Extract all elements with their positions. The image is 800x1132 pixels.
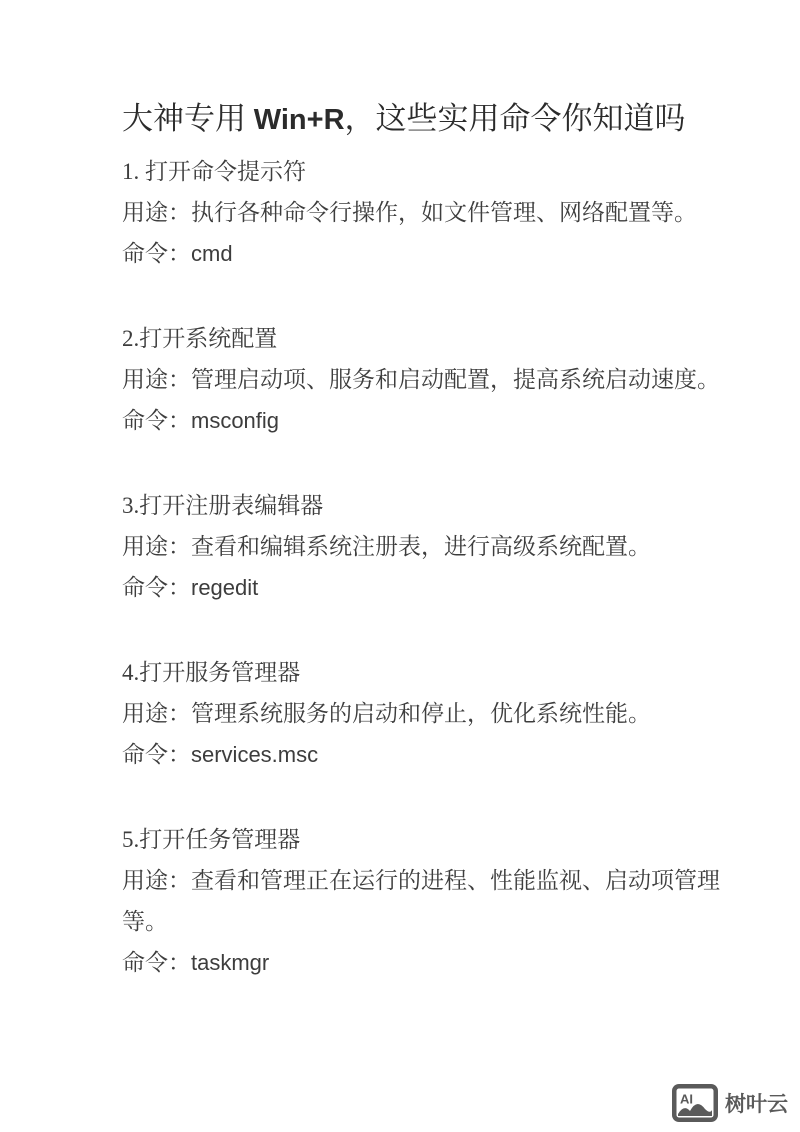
command-value: services.msc	[191, 742, 318, 767]
command-label: 命令：	[122, 408, 191, 433]
command-line: 命令：regedit	[122, 567, 726, 608]
page-title: 大神专用 Win+R，这些实用命令你知道吗	[122, 98, 726, 141]
svg-text:AI: AI	[680, 1092, 693, 1107]
command-value: taskmgr	[191, 950, 269, 975]
purpose-label: 用途：	[122, 534, 191, 559]
purpose-line: 用途：管理启动项、服务和启动配置，提高系统启动速度。	[122, 359, 726, 400]
section-services: 4.打开服务管理器 用途：管理系统服务的启动和停止，优化系统性能。 命令：ser…	[122, 652, 726, 775]
article-content: 大神专用 Win+R，这些实用命令你知道吗 1. 打开命令提示符 用途：执行各种…	[0, 0, 726, 983]
command-value: regedit	[191, 575, 258, 600]
purpose-line: 用途：查看和管理正在运行的进程、性能监视、启动项管理等。	[122, 860, 726, 942]
document-page: 大神专用 Win+R，这些实用命令你知道吗 1. 打开命令提示符 用途：执行各种…	[0, 0, 800, 1132]
command-value: msconfig	[191, 408, 279, 433]
purpose-label: 用途：	[122, 701, 191, 726]
purpose-text: 查看和管理正在运行的进程、性能监视、启动项管理等。	[122, 868, 720, 934]
section-heading: 2.打开系统配置	[122, 318, 726, 359]
command-line: 命令：services.msc	[122, 734, 726, 775]
section-regedit: 3.打开注册表编辑器 用途：查看和编辑系统注册表，进行高级系统配置。 命令：re…	[122, 485, 726, 608]
purpose-text: 管理启动项、服务和启动配置，提高系统启动速度。	[191, 367, 720, 392]
title-suffix: ，这些实用命令你知道吗	[345, 101, 686, 136]
section-taskmgr: 5.打开任务管理器 用途：查看和管理正在运行的进程、性能监视、启动项管理等。 命…	[122, 819, 726, 983]
command-line: 命令：cmd	[122, 233, 726, 274]
section-msconfig: 2.打开系统配置 用途：管理启动项、服务和启动配置，提高系统启动速度。 命令：m…	[122, 318, 726, 441]
ai-image-icon: AI	[672, 1084, 718, 1122]
title-prefix: 大神专用	[122, 101, 254, 136]
command-label: 命令：	[122, 950, 191, 975]
command-line: 命令：taskmgr	[122, 942, 726, 983]
purpose-line: 用途：执行各种命令行操作，如文件管理、网络配置等。	[122, 192, 726, 233]
command-label: 命令：	[122, 241, 191, 266]
title-keyword: Win+R	[254, 104, 345, 136]
watermark-brand: 树叶云	[725, 1088, 788, 1118]
section-cmd-prompt: 1. 打开命令提示符 用途：执行各种命令行操作，如文件管理、网络配置等。 命令：…	[122, 151, 726, 274]
purpose-text: 管理系统服务的启动和停止，优化系统性能。	[191, 701, 651, 726]
command-label: 命令：	[122, 575, 191, 600]
purpose-label: 用途：	[122, 367, 191, 392]
purpose-text: 查看和编辑系统注册表，进行高级系统配置。	[191, 534, 651, 559]
command-line: 命令：msconfig	[122, 400, 726, 441]
purpose-label: 用途：	[122, 200, 191, 225]
section-heading: 4.打开服务管理器	[122, 652, 726, 693]
command-value: cmd	[191, 241, 233, 266]
purpose-line: 用途：查看和编辑系统注册表，进行高级系统配置。	[122, 526, 726, 567]
purpose-text: 执行各种命令行操作，如文件管理、网络配置等。	[191, 200, 697, 225]
purpose-label: 用途：	[122, 868, 191, 893]
section-heading: 5.打开任务管理器	[122, 819, 726, 860]
section-heading: 1. 打开命令提示符	[122, 151, 726, 192]
watermark: AI 树叶云	[672, 1084, 788, 1122]
purpose-line: 用途：管理系统服务的启动和停止，优化系统性能。	[122, 693, 726, 734]
command-label: 命令：	[122, 742, 191, 767]
section-heading: 3.打开注册表编辑器	[122, 485, 726, 526]
